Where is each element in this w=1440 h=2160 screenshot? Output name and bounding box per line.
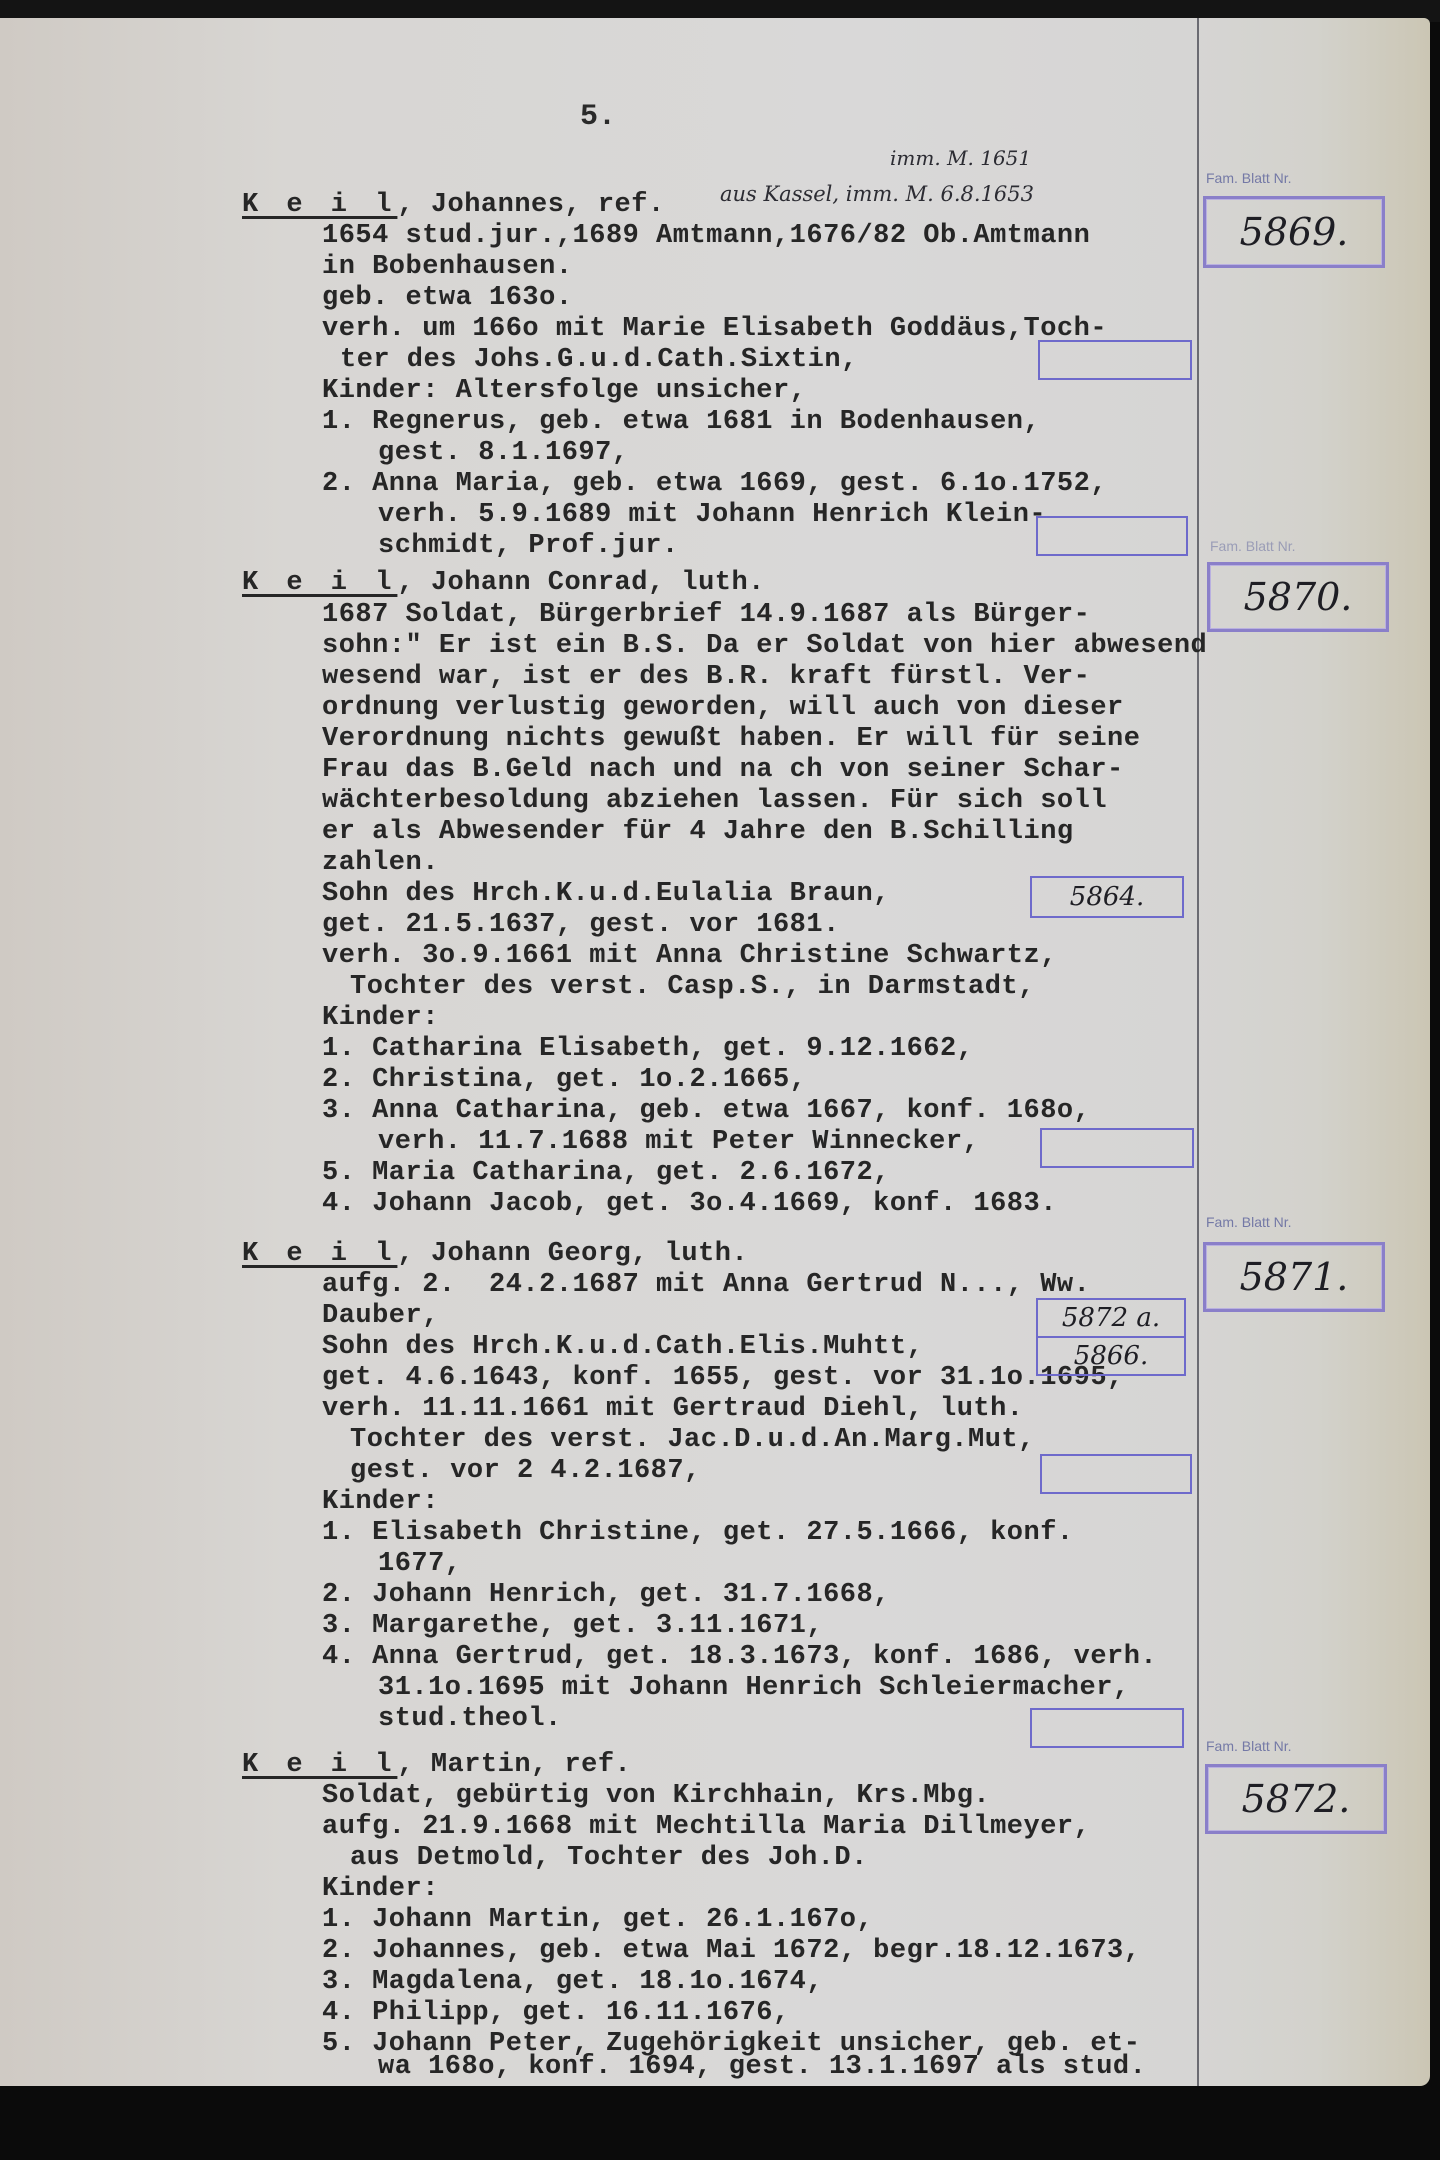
entry-heading: K e i l, Johann Conrad, luth. [242, 568, 765, 598]
entry-surname: K e i l [242, 568, 397, 598]
entry-line: er als Abwesender für 4 Jahre den B.Schi… [322, 817, 1074, 847]
entry-line: Kinder: [322, 1003, 439, 1033]
entry-line: Dauber, [322, 1301, 439, 1331]
entry-line: sohn:" Er ist ein B.S. Da er Soldat von … [322, 631, 1207, 661]
entry-line: ordnung verlustig geworden, will auch vo… [322, 693, 1124, 723]
entry-surname: K e i l [242, 1750, 397, 1780]
entry-line: 2. Anna Maria, geb. etwa 1669, gest. 6.1… [322, 469, 1107, 499]
entry-line: aus Detmold, Tochter des Joh.D. [350, 1843, 868, 1873]
entry-surname: K e i l [242, 1239, 397, 1269]
spouse-sheet-box: 5872 a. [1036, 1298, 1186, 1338]
entry-line: get. 21.5.1637, gest. vor 1681. [322, 910, 840, 940]
stamp-label: Fam. Blatt Nr. [1206, 1738, 1292, 1754]
entry-line: Kinder: [322, 1874, 439, 1904]
reference-box [1036, 516, 1188, 556]
entry-line: verh. 3o.9.1661 mit Anna Christine Schwa… [322, 941, 1057, 971]
entry-line: 2. Johannes, geb. etwa Mai 1672, begr.18… [322, 1936, 1140, 1966]
family-sheet-number: 5871. [1206, 1255, 1382, 1299]
entry-line: Soldat, gebürtig von Kirchhain, Krs.Mbg. [322, 1781, 990, 1811]
entry-line: schmidt, Prof.jur. [378, 531, 679, 561]
entry-line: 1. Johann Martin, get. 26.1.167o, [322, 1905, 873, 1935]
stamp-label: Fam. Blatt Nr. [1210, 538, 1296, 554]
entry-line: zahlen. [322, 848, 439, 878]
entry-line: 1. Elisabeth Christine, get. 27.5.1666, … [322, 1518, 1074, 1548]
entry-line: wesend war, ist er des B.R. kraft fürstl… [322, 662, 1090, 692]
entry-line: wa 168o, konf. 1694, gest. 13.1.1697 als… [378, 2052, 1146, 2082]
entry-line: 1687 Soldat, Bürgerbrief 14.9.1687 als B… [322, 600, 1090, 630]
stamp-label: Fam. Blatt Nr. [1206, 170, 1292, 186]
entry-line: verh. 11.7.1688 mit Peter Winnecker, [378, 1127, 979, 1157]
entry-line: 2. Christina, get. 1o.2.1665, [322, 1065, 806, 1095]
entry-line: verh. um 166o mit Marie Elisabeth Goddäu… [322, 314, 1107, 344]
entry-line: Kinder: Altersfolge unsicher, [322, 376, 806, 406]
entry-line: aufg. 2. 24.2.1687 mit Anna Gertrud N...… [322, 1270, 1090, 1300]
entry-line: gest. vor 2 4.2.1687, [350, 1456, 701, 1486]
entry-line: 1677, [378, 1549, 462, 1579]
parent-sheet-box: 5866. [1036, 1336, 1186, 1376]
entry-line: 4. Johann Jacob, get. 3o.4.1669, konf. 1… [322, 1189, 1057, 1219]
reference-box [1038, 340, 1192, 380]
entry-line: 1. Catharina Elisabeth, get. 9.12.1662, [322, 1034, 973, 1064]
entry-line: ter des Johs.G.u.d.Cath.Sixtin, [340, 345, 858, 375]
entry-line: Frau das B.Geld nach und na ch von seine… [322, 755, 1124, 785]
document-page: 5. imm. M. 1651 aus Kassel, imm. M. 6.8.… [0, 18, 1430, 2086]
entry-heading-rest: , Johann Conrad, luth. [397, 568, 764, 598]
stamp-label: Fam. Blatt Nr. [1206, 1214, 1292, 1230]
entry-heading: K e i l, Johann Georg, luth. [242, 1239, 748, 1269]
entry-line: Tochter des verst. Casp.S., in Darmstadt… [350, 972, 1035, 1002]
family-sheet-number: 5870. [1210, 575, 1386, 619]
entry-line: Kinder: [322, 1487, 439, 1517]
entry-line: 4. Anna Gertrud, get. 18.3.1673, konf. 1… [322, 1642, 1157, 1672]
family-sheet-number: 5869. [1206, 210, 1382, 254]
entry-line: Sohn des Hrch.K.u.d.Cath.Elis.Muhtt, [322, 1332, 923, 1362]
entry-line: 3. Anna Catharina, geb. etwa 1667, konf.… [322, 1096, 1090, 1126]
entry-surname: K e i l [242, 190, 397, 220]
entry-line: gest. 8.1.1697, [378, 438, 629, 468]
margin-rule [1197, 18, 1199, 2086]
entry-heading-rest: , Martin, ref. [397, 1750, 631, 1780]
entry-line: 2. Johann Henrich, get. 31.7.1668, [322, 1580, 890, 1610]
entry-line: 5. Maria Catharina, get. 2.6.1672, [322, 1158, 890, 1188]
entry-line: Tochter des verst. Jac.D.u.d.An.Marg.Mut… [350, 1425, 1035, 1455]
entry-heading: K e i l, Martin, ref. [242, 1750, 631, 1780]
entry-line: 3. Magdalena, get. 18.1o.1674, [322, 1967, 823, 1997]
entry-line: 31.1o.1695 mit Johann Henrich Schleierma… [378, 1673, 1130, 1703]
family-sheet-stamp: 5872. [1205, 1764, 1387, 1834]
entry-heading-rest: , Johannes, ref. [397, 190, 664, 220]
entry-line: verh. 11.11.1661 mit Gertraud Diehl, lut… [322, 1394, 1024, 1424]
family-sheet-stamp: 5869. [1203, 196, 1385, 268]
handwritten-note: aus Kassel, imm. M. 6.8.1653 [720, 182, 1034, 206]
spouse-sheet-number: 5872 a. [1038, 1303, 1184, 1333]
page-number: 5. [580, 100, 616, 134]
entry-line: Verordnung nichts gewußt haben. Er will … [322, 724, 1140, 754]
entry-line: 3. Margarethe, get. 3.11.1671, [322, 1611, 823, 1641]
entry-line: geb. etwa 163o. [322, 283, 573, 313]
handwritten-note-top: imm. M. 1651 [890, 146, 1031, 170]
reference-box [1030, 1708, 1184, 1748]
entry-line: in Bobenhausen. [322, 252, 573, 282]
entry-line: aufg. 21.9.1668 mit Mechtilla Maria Dill… [322, 1812, 1090, 1842]
reference-box [1040, 1128, 1194, 1168]
family-sheet-stamp: 5871. [1203, 1242, 1385, 1312]
entry-line: Sohn des Hrch.K.u.d.Eulalia Braun, [322, 879, 890, 909]
entry-line: 4. Philipp, get. 16.11.1676, [322, 1998, 790, 2028]
entry-line: wächterbesoldung abziehen lassen. Für si… [322, 786, 1107, 816]
parent-sheet-number: 5866. [1038, 1341, 1184, 1371]
entry-line: verh. 5.9.1689 mit Johann Henrich Klein- [378, 500, 1046, 530]
entry-line: get. 4.6.1643, konf. 1655, gest. vor 31.… [322, 1363, 1124, 1393]
entry-line: stud.theol. [378, 1704, 562, 1734]
parent-sheet-number: 5864. [1032, 882, 1182, 912]
parent-sheet-box: 5864. [1030, 876, 1184, 918]
entry-line: 1654 stud.jur.,1689 Amtmann,1676/82 Ob.A… [322, 221, 1090, 251]
entry-heading-rest: , Johann Georg, luth. [397, 1239, 748, 1269]
entry-heading: K e i l, Johannes, ref. [242, 190, 665, 220]
entry-line: 1. Regnerus, geb. etwa 1681 in Bodenhaus… [322, 407, 1040, 437]
reference-box [1040, 1454, 1192, 1494]
family-sheet-stamp: 5870. [1207, 562, 1389, 632]
family-sheet-number: 5872. [1208, 1777, 1384, 1821]
